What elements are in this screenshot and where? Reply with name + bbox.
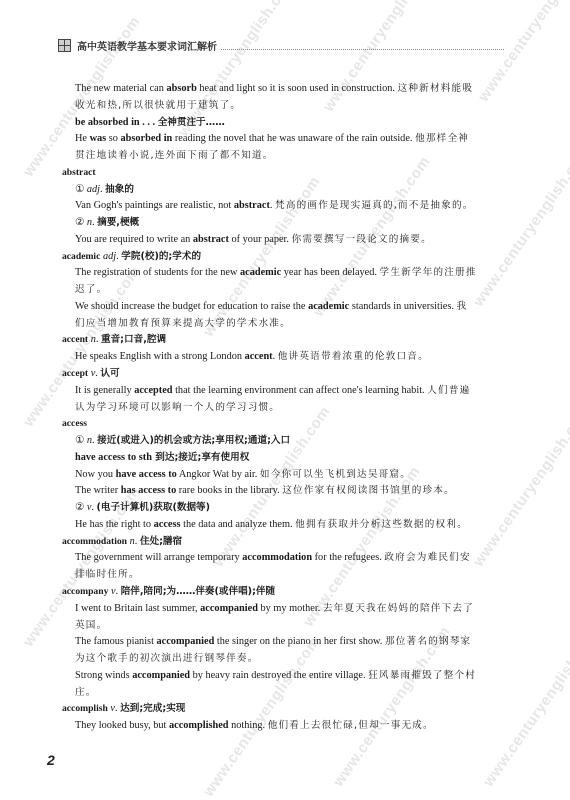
header-title: 高中英语教学基本要求词汇解析 xyxy=(77,38,217,53)
text: standards in universities. xyxy=(349,301,456,312)
text: Strong winds xyxy=(75,670,132,681)
headword: abstract xyxy=(62,167,96,178)
entry-line: 庄。 xyxy=(62,685,508,702)
text: They looked busy, but xyxy=(75,720,169,731)
text: by my mother. xyxy=(258,603,323,614)
headword: accept xyxy=(62,368,88,379)
keyword: abstract xyxy=(193,234,229,245)
chinese-translation: 政府会为难民们安 xyxy=(384,552,470,563)
part-of-speech: adj xyxy=(87,184,100,195)
text: You are required to write an xyxy=(75,234,193,245)
keyword: academic xyxy=(308,301,349,312)
entry-line: He has the right to access the data and … xyxy=(62,517,508,534)
text: the singer on the piano in her first sho… xyxy=(214,636,385,647)
book-grid-icon xyxy=(58,39,71,52)
text: ① xyxy=(75,184,87,195)
entry-line: The government will arrange temporary ac… xyxy=(62,550,508,567)
chinese-translation: 我 xyxy=(457,301,468,312)
keyword: access xyxy=(154,519,181,530)
entry-line: Strong winds accompanied by heavy rain d… xyxy=(62,668,508,685)
entry-line: The famous pianist accompanied the singe… xyxy=(62,634,508,651)
text: so xyxy=(106,133,120,144)
chinese-translation: 你需要撰写一段论文的摘要。 xyxy=(292,234,432,245)
text: Now you xyxy=(75,469,116,480)
entry-line: ② v. (电子计算机)获取(数据等) xyxy=(62,500,508,517)
text: by heavy rain destroyed the entire villa… xyxy=(190,670,368,681)
chinese-translation: 这位作家有权阅读图书馆里的珍本。 xyxy=(282,485,455,496)
headword-line: accomplish v. 达到;完成;实现 xyxy=(62,701,508,718)
text: nothing. xyxy=(229,720,268,731)
chinese-translation: 去年夏天我在妈妈的陪伴下去了 xyxy=(323,603,474,614)
text: The famous pianist xyxy=(75,636,157,647)
text: The new material can xyxy=(75,83,166,94)
text: Van Gogh's paintings are realistic, not xyxy=(75,200,234,211)
chinese-definition: 重音;口音,腔调 xyxy=(101,334,166,345)
keyword: accommodation xyxy=(242,552,312,563)
page-number: 2 xyxy=(47,752,55,768)
entry-line: The registration of students for the new… xyxy=(62,265,508,282)
text: rare books in the library. xyxy=(176,485,282,496)
chinese-definition: 接近(或进入)的机会或方法;享用权;通道;入口 xyxy=(97,435,290,446)
entry-line: Van Gogh's paintings are realistic, not … xyxy=(62,198,508,215)
chinese-definition: 陪伴,陪同;为……伴奏(或伴唱);伴随 xyxy=(121,586,275,597)
chinese-translation: 这种新材料能吸 xyxy=(398,83,474,94)
chinese-definition: 住处;膳宿 xyxy=(140,536,182,547)
keyword: abstract xyxy=(234,200,270,211)
entry-line: We should increase the budget for educat… xyxy=(62,299,508,316)
chinese-translation: 迟了。 xyxy=(75,284,107,295)
text: He speaks English with a strong London xyxy=(75,351,245,362)
text: It is generally xyxy=(75,385,134,396)
entry-line: The writer has access to rare books in t… xyxy=(62,483,508,500)
chinese-translation: 排临时住所。 xyxy=(75,569,140,580)
chinese-translation: 人们普遍 xyxy=(427,385,470,396)
chinese-translation: 他拥有获取并分析这些数据的权利。 xyxy=(295,519,468,530)
entry-line: 认为学习环境可以影响一个人的学习习惯。 xyxy=(62,400,508,417)
text: I went to Britain last summer, xyxy=(75,603,200,614)
chinese-translation: 为这个歌手的初次演出进行钢琴伴奏。 xyxy=(75,653,259,664)
vocabulary-entries: The new material can absorb heat and lig… xyxy=(62,81,508,735)
chinese-translation: 英国。 xyxy=(75,620,107,631)
header-dotted-rule xyxy=(221,41,504,50)
chinese-translation: 学生新学年的注册推 xyxy=(380,267,477,278)
keyword: accompanied xyxy=(132,670,190,681)
entry-line: You are required to write an abstract of… xyxy=(62,232,508,249)
entry-line: ① adj. 抽象的 xyxy=(62,182,508,199)
text: of your paper. xyxy=(229,234,292,245)
keyword: have access to sth xyxy=(75,452,152,463)
keyword: absorb xyxy=(166,83,196,94)
text: The government will arrange temporary xyxy=(75,552,242,563)
chinese-translation: 庄。 xyxy=(75,687,97,698)
keyword: accompanied xyxy=(157,636,215,647)
text: ② xyxy=(75,217,87,228)
text: The writer xyxy=(75,485,121,496)
headword: academic xyxy=(62,251,100,262)
chinese-definition: 达到;完成;实现 xyxy=(120,703,185,714)
chinese-translation: 他那样全神 xyxy=(415,133,469,144)
chinese-translation: 他讲英语带着浓重的伦敦口音。 xyxy=(278,351,429,362)
chinese-translation: 认为学习环境可以影响一个人的学习习惯。 xyxy=(75,402,280,413)
entry-line: The new material can absorb heat and lig… xyxy=(62,81,508,98)
text: Angkor Wat by air. xyxy=(177,469,260,480)
headword: access xyxy=(62,418,87,429)
keyword: has access to xyxy=(121,485,176,496)
headword: accomplish xyxy=(62,703,108,714)
entry-line: ② n. 摘要,梗概 xyxy=(62,215,508,232)
entry-line: 为这个歌手的初次演出进行钢琴伴奏。 xyxy=(62,651,508,668)
keyword: have access to xyxy=(116,469,177,480)
headword: accompany xyxy=(62,586,108,597)
text: We should increase the budget for educat… xyxy=(75,301,308,312)
keyword: accepted xyxy=(134,385,172,396)
chinese-translation: 贯注地读着小说,连外面下雨了都不知道。 xyxy=(75,150,274,161)
headword: accommodation xyxy=(62,536,127,547)
text: ② xyxy=(75,502,87,513)
keyword: accent xyxy=(245,351,273,362)
headword: accent xyxy=(62,334,88,345)
entry-line: 排临时住所。 xyxy=(62,567,508,584)
chinese-translation: 梵高的画作是现实逼真的,而不是抽象的。 xyxy=(275,200,474,211)
keyword: be absorbed in . . . xyxy=(75,117,158,128)
chinese-definition: (电子计算机)获取(数据等) xyxy=(97,502,210,513)
entry-line: It is generally accepted that the learni… xyxy=(62,383,508,400)
headword-line: accompany v. 陪伴,陪同;为……伴奏(或伴唱);伴随 xyxy=(62,584,508,601)
chinese-definition: 抽象的 xyxy=(105,184,134,195)
keyword: absorbed in xyxy=(121,133,173,144)
chinese-translation: 收光和热,所以很快就用于建筑了。 xyxy=(75,100,241,111)
headword-line: academic adj. 学院(校)的;学术的 xyxy=(62,249,508,266)
chinese-translation: 们应当增加教育预算来提高大学的学术水准。 xyxy=(75,318,291,329)
entry-line: I went to Britain last summer, accompani… xyxy=(62,601,508,618)
entry-line: They looked busy, but accomplished nothi… xyxy=(62,718,508,735)
entry-line: 英国。 xyxy=(62,618,508,635)
entry-line: 收光和热,所以很快就用于建筑了。 xyxy=(62,98,508,115)
headword-line: abstract xyxy=(62,165,508,182)
chinese-translation: 那位著名的钢琴家 xyxy=(385,636,471,647)
text: He has the right to xyxy=(75,519,154,530)
entry-line: 们应当增加教育预算来提高大学的学术水准。 xyxy=(62,316,508,333)
entry-line: He speaks English with a strong London a… xyxy=(62,349,508,366)
headword-line: access xyxy=(62,416,508,433)
chinese-translation: 狂风暴雨摧毁了整个村 xyxy=(368,670,476,681)
text: The registration of students for the new xyxy=(75,267,240,278)
entry-line: He was so absorbed in reading the novel … xyxy=(62,131,508,148)
headword-line: accommodation n. 住处;膳宿 xyxy=(62,534,508,551)
text: the data and analyze them. xyxy=(181,519,296,530)
chinese-definition: 到达;接近;享有使用权 xyxy=(152,452,249,463)
entry-line: ① n. 接近(或进入)的机会或方法;享用权;通道;入口 xyxy=(62,433,508,450)
chinese-definition: 摘要,梗概 xyxy=(97,217,139,228)
running-header: 高中英语教学基本要求词汇解析 xyxy=(58,38,504,52)
keyword: accompanied xyxy=(200,603,258,614)
entry-line: 贯注地读着小说,连外面下雨了都不知道。 xyxy=(62,148,508,165)
keyword: accomplished xyxy=(169,720,229,731)
part-of-speech: adj xyxy=(103,251,116,262)
headword-line: accent n. 重音;口音,腔调 xyxy=(62,332,508,349)
entry-line: be absorbed in . . . 全神贯注于…… xyxy=(62,115,508,132)
chinese-translation: 他们看上去很忙碌,但却一事无成。 xyxy=(268,720,434,731)
headword-line: accept v. 认可 xyxy=(62,366,508,383)
keyword: was xyxy=(90,133,107,144)
keyword: academic xyxy=(240,267,281,278)
entry-line: Now you have access to Angkor Wat by air… xyxy=(62,467,508,484)
chinese-definition: 全神贯注于…… xyxy=(158,117,225,128)
text: year has been delayed. xyxy=(281,267,379,278)
entry-line: 迟了。 xyxy=(62,282,508,299)
text: for the refugees. xyxy=(312,552,384,563)
chinese-translation: 如今你可以坐飞机到达吴哥窟。 xyxy=(260,469,411,480)
text: reading the novel that he was unaware of… xyxy=(172,133,415,144)
text: that the learning environment can affect… xyxy=(173,385,428,396)
text: He xyxy=(75,133,90,144)
text: heat and light so it is soon used in con… xyxy=(197,83,398,94)
chinese-definition: 认可 xyxy=(100,368,119,379)
text: ① xyxy=(75,435,87,446)
entry-line: have access to sth 到达;接近;享有使用权 xyxy=(62,450,508,467)
chinese-definition: 学院(校)的;学术的 xyxy=(121,251,201,262)
